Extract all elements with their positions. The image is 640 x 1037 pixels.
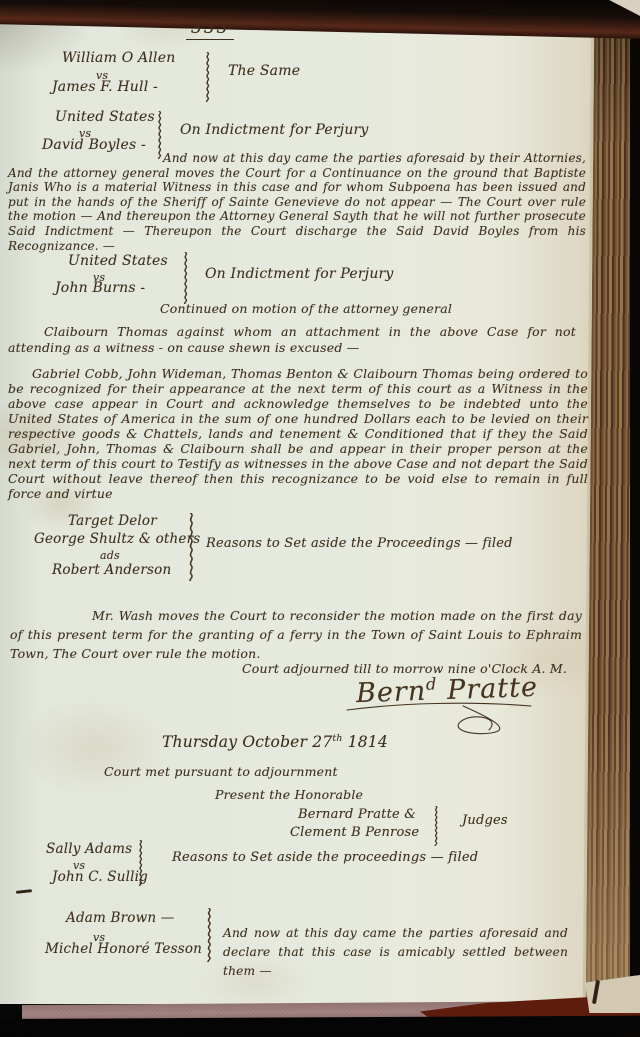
case-brace-icon	[201, 52, 213, 102]
case-disposition: The Same	[228, 63, 300, 79]
judge-name: Bernard Pratte &	[298, 807, 416, 822]
case-party: Robert Anderson	[52, 562, 171, 578]
judge-name: Clement B Penrose	[290, 825, 419, 840]
page-number: 333	[186, 18, 234, 40]
signature-superscript: d	[426, 674, 438, 693]
case-party-plaintiff: Adam Brown —	[66, 910, 174, 926]
case-heading: On Indictment for Perjury	[180, 122, 369, 138]
case-party-defendant: John Burns -	[55, 280, 145, 296]
signature-flourish-icon	[345, 700, 535, 736]
case-heading: On Indictment for Perjury	[205, 266, 394, 282]
settlement-paragraph: And now at this day came the parties afo…	[223, 924, 568, 981]
case-party-plaintiff: United States	[68, 253, 168, 269]
manuscript-content: 333 William O Allen vs James F. Hull - T…	[0, 0, 640, 1037]
case-party-plaintiff: United States	[55, 109, 155, 125]
case-party: George Shultz & others	[34, 531, 200, 547]
date-superscript: th	[332, 733, 342, 744]
case-disposition: Reasons to Set aside the proceedings — f…	[172, 850, 478, 865]
book-photo: 333 William O Allen vs James F. Hull - T…	[0, 0, 640, 1037]
case-brace-icon	[134, 840, 146, 886]
case-party-plaintiff: William O Allen	[62, 50, 175, 66]
session-date: Thursday October 27th 1814	[162, 733, 388, 751]
witness-excused-paragraph: Claibourn Thomas against whom an attachm…	[8, 324, 576, 355]
case-brace-icon	[202, 908, 215, 962]
case-party-plaintiff: Sally Adams	[46, 841, 132, 857]
ink-mark	[16, 889, 32, 894]
case-disposition: Reasons to Set aside the Proceedings — f…	[206, 536, 513, 551]
recognizance-paragraph: Gabriel Cobb, John Wideman, Thomas Bento…	[8, 366, 588, 501]
present-honorable-line: Present the Honorable	[215, 787, 363, 802]
ferry-motion-paragraph: Mr. Wash moves the Court to reconsider t…	[10, 606, 582, 663]
case-brace-icon	[184, 513, 197, 581]
ads-abbrev: ads	[100, 549, 120, 562]
judges-label: Judges	[462, 813, 508, 828]
date-text: 1814	[348, 733, 388, 751]
case-party-defendant: Michel Honoré Tesson	[45, 941, 202, 957]
case-brace-icon	[179, 252, 191, 304]
case-party-defendant: James F. Hull -	[52, 79, 158, 95]
court-met-line: Court met pursuant to adjournment	[104, 764, 338, 779]
date-text: Thursday October 27	[162, 733, 332, 751]
judges-brace-icon	[430, 806, 441, 846]
court-record-paragraph: And now at this day came the parties afo…	[8, 151, 586, 253]
ink-mark	[592, 980, 600, 1004]
case-party: Target Delor	[68, 513, 157, 529]
continuance-note: Continued on motion of the attorney gene…	[160, 301, 452, 316]
